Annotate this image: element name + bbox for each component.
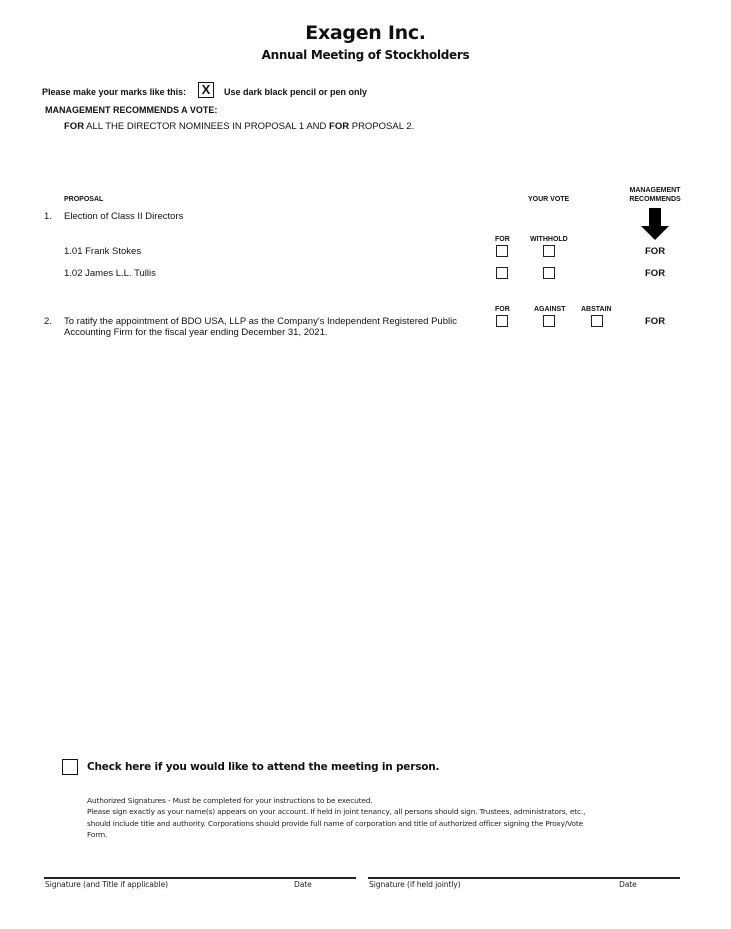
- proposal-header: PROPOSAL: [64, 196, 103, 203]
- proposal-2-description: To ratify the appointment of BDO USA, LL…: [64, 316, 457, 338]
- vote-option-abstain: ABSTAIN: [581, 306, 612, 313]
- proposal-2-abstain-checkbox[interactable]: [591, 315, 603, 327]
- pen-instruction: Use dark black pencil or pen only: [224, 87, 367, 97]
- signature-note-4: Form.: [87, 830, 107, 839]
- header-line: RECOMMENDS: [620, 195, 690, 204]
- marks-instruction: Please make your marks like this:: [42, 87, 186, 97]
- signature-line-1[interactable]: [44, 877, 356, 879]
- vote-option-against: AGAINST: [534, 306, 566, 313]
- proposal-2-line: To ratify the appointment of BDO USA, LL…: [64, 316, 457, 327]
- date-2-label: Date: [619, 880, 637, 889]
- proposal-1-number: 1.: [44, 211, 52, 222]
- signature-1-label: Signature (and Title if applicable): [45, 880, 168, 889]
- nominee-1-label: 1.01 Frank Stokes: [64, 246, 141, 257]
- nominee-1-withhold-checkbox[interactable]: [543, 245, 555, 257]
- nominee-1-for-checkbox[interactable]: [496, 245, 508, 257]
- example-mark-box: X: [198, 82, 214, 98]
- nominee-2-for-checkbox[interactable]: [496, 267, 508, 279]
- recommendation-text: ALL THE DIRECTOR NOMINEES IN PROPOSAL 1 …: [84, 121, 329, 132]
- proposal-2-recommendation: FOR: [645, 316, 665, 327]
- for-emphasis: FOR: [64, 121, 84, 132]
- nominee-2-label: 1.02 James L.L. Tullis: [64, 268, 156, 279]
- nominee-2-recommendation: FOR: [645, 268, 665, 279]
- nominee-1-recommendation: FOR: [645, 246, 665, 257]
- vote-option-for: FOR: [495, 236, 510, 243]
- date-1-label: Date: [294, 880, 312, 889]
- attend-meeting-checkbox[interactable]: [62, 759, 78, 775]
- proposal-2-line: Accounting Firm for the fiscal year endi…: [64, 327, 457, 338]
- down-arrow-icon: [641, 208, 669, 240]
- proposal-2-against-checkbox[interactable]: [543, 315, 555, 327]
- attend-meeting-label: Check here if you would like to attend t…: [87, 761, 439, 773]
- company-title: Exagen Inc.: [0, 22, 731, 44]
- your-vote-header: YOUR VOTE: [528, 196, 569, 203]
- vote-option-withhold: WITHHOLD: [530, 236, 568, 243]
- signature-line-2[interactable]: [368, 877, 680, 879]
- signature-note-3: should include title and authority. Corp…: [87, 819, 583, 828]
- proposal-1-title: Election of Class II Directors: [64, 211, 183, 222]
- nominee-2-withhold-checkbox[interactable]: [543, 267, 555, 279]
- meeting-subtitle: Annual Meeting of Stockholders: [0, 48, 731, 62]
- header-line: MANAGEMENT: [620, 186, 690, 195]
- proposal-2-for-checkbox[interactable]: [496, 315, 508, 327]
- signature-note-1: Authorized Signatures - Must be complete…: [87, 796, 373, 805]
- signature-note-2: Please sign exactly as your name(s) appe…: [87, 807, 585, 816]
- for-emphasis: FOR: [329, 121, 349, 132]
- recommendation-line: FOR ALL THE DIRECTOR NOMINEES IN PROPOSA…: [64, 121, 414, 132]
- recommendation-text: PROPOSAL 2.: [349, 121, 414, 132]
- signature-2-label: Signature (if held jointly): [369, 880, 461, 889]
- management-recommends-header: MANAGEMENT RECOMMENDS: [620, 186, 690, 204]
- vote-option-for: FOR: [495, 306, 510, 313]
- management-recommends-heading: MANAGEMENT RECOMMENDS A VOTE:: [45, 105, 217, 115]
- proposal-2-number: 2.: [44, 316, 52, 327]
